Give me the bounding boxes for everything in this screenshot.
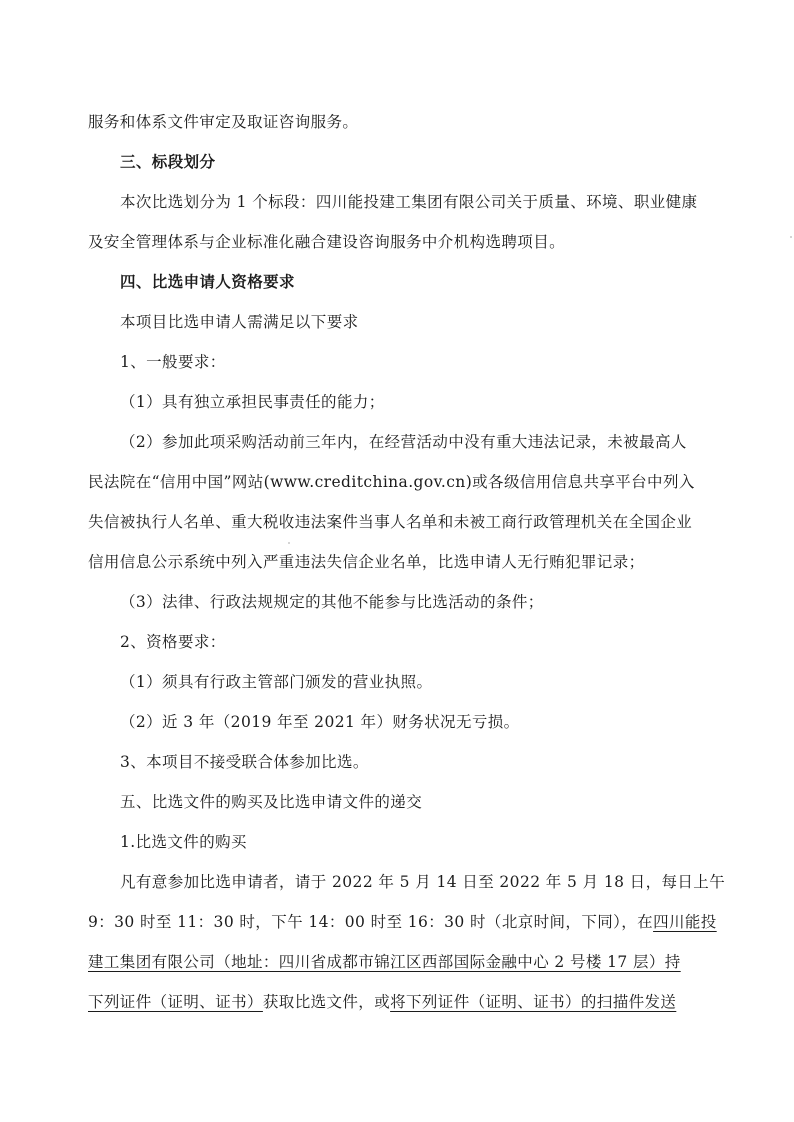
section-heading-4: 四、比选申请人资格要求 bbox=[120, 272, 740, 292]
underlined-text: 将下列证件（证明、证书）的扫描件发送 bbox=[390, 993, 676, 1011]
underlined-text: 四川能投 bbox=[653, 913, 717, 931]
paragraph-text: 3、本项目不接受联合体参加比选。 bbox=[120, 752, 740, 772]
section-heading-5: 五、比选文件的购买及比选申请文件的递交 bbox=[120, 792, 740, 812]
paragraph-text: 建工集团有限公司（地址：四川省成都市锦江区西部国际金融中心 2 号楼 17 层）… bbox=[88, 952, 708, 972]
list-item: （2）参加此项采购活动前三年内，在经营活动中没有重大违法记录，未被最高人 bbox=[120, 432, 740, 452]
list-item: （3）法律、行政法规规定的其他不能参与比选活动的条件； bbox=[120, 592, 740, 612]
paragraph-text: 民法院在“信用中国”网站(www.creditchina.gov.cn)或各级信… bbox=[88, 472, 708, 492]
scan-speck bbox=[790, 236, 792, 238]
subheading-general-requirements: 1、一般要求： bbox=[120, 352, 740, 372]
underlined-text: 建工集团有限公司（地址：四川省成都市锦江区西部国际金融中心 2 号楼 17 层）… bbox=[88, 953, 681, 971]
paragraph-text: 9：30 时至 11：30 时，下午 14：00 时至 16：30 时（北京时间… bbox=[88, 912, 708, 932]
paragraph-text: 本次比选划分为 1 个标段：四川能投建工集团有限公司关于质量、环境、职业健康 bbox=[120, 192, 740, 212]
paragraph-continuation: 服务和体系文件审定及取证咨询服务。 bbox=[88, 112, 708, 132]
paragraph-text: 失信被执行人名单、重大税收违法案件当事人名单和未被工商行政管理机关在全国企业 bbox=[88, 512, 708, 532]
paragraph-text: 本项目比选申请人需满足以下要求 bbox=[120, 312, 740, 332]
document-page: 服务和体系文件审定及取证咨询服务。 三、标段划分 本次比选划分为 1 个标段：四… bbox=[0, 0, 794, 1122]
paragraph-text: 及安全管理体系与企业标准化融合建设咨询服务中介机构选聘项目。 bbox=[88, 232, 708, 252]
paragraph-text: 下列证件（证明、证书）获取比选文件，或将下列证件（证明、证书）的扫描件发送 bbox=[88, 992, 708, 1012]
subheading-purchase: 1.比选文件的购买 bbox=[120, 832, 740, 852]
plain-text: 获取比选文件，或 bbox=[263, 993, 390, 1011]
list-item: （1）须具有行政主管部门颁发的营业执照。 bbox=[120, 672, 740, 692]
list-item: （2）近 3 年（2019 年至 2021 年）财务状况无亏损。 bbox=[120, 712, 740, 732]
underlined-text: 下列证件（证明、证书） bbox=[88, 993, 263, 1011]
section-heading-3: 三、标段划分 bbox=[120, 152, 740, 172]
subheading-qualification-requirements: 2、资格要求： bbox=[120, 632, 740, 652]
paragraph-text: 信用信息公示系统中列入严重违法失信企业名单，比选申请人无行贿犯罪记录； bbox=[88, 552, 708, 572]
list-item: （1）具有独立承担民事责任的能力； bbox=[120, 392, 740, 412]
paragraph-text: 凡有意参加比选申请者，请于 2022 年 5 月 14 日至 2022 年 5 … bbox=[120, 872, 740, 892]
plain-text: 9：30 时至 11：30 时，下午 14：00 时至 16：30 时（北京时间… bbox=[88, 913, 653, 931]
scan-speck bbox=[288, 542, 290, 544]
